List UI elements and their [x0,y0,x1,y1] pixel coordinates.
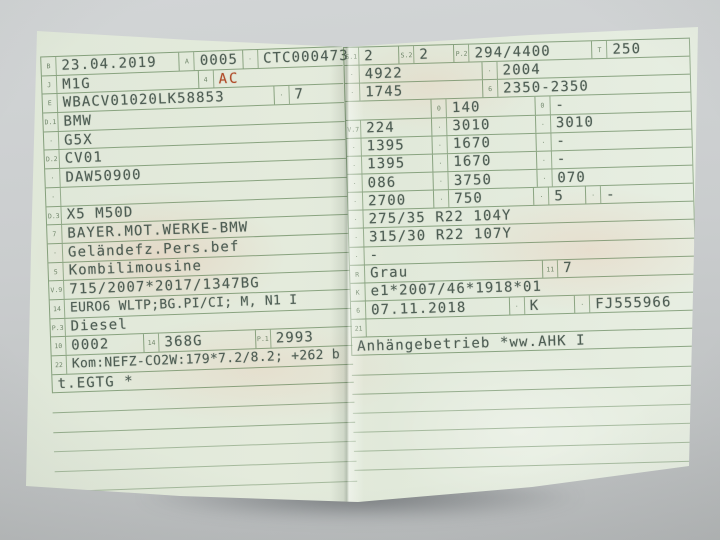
field-value: 3750 [449,172,493,189]
field-value: 3010 [551,114,595,131]
field-code: A [180,52,196,70]
field-code: · [434,172,449,190]
field-value: 3010 [447,117,491,134]
field-code: P.2 [454,45,469,63]
registration-document-paper: B23.04.2019A0005·CTC000473JM1G4ACEWBACV0… [0,0,720,540]
field-code: 14 [144,334,160,352]
field-code: P.1 [256,330,272,348]
field-value: K [525,297,540,313]
field-code: V.7 [346,120,361,138]
field-cell: ·1395 [346,136,433,155]
field-cell: ·1670 [433,152,537,172]
field-value: 1670 [448,153,492,170]
field-code: D.1 [43,113,59,131]
field-code: · [345,84,360,102]
field-value: 2004 [497,61,541,78]
field-code: D.2 [44,150,60,168]
field-value: 250 [607,41,641,58]
field-value: - [550,97,565,113]
field-code: 4 [198,70,214,88]
field-value: - [551,133,566,149]
field-code: 6 [351,301,366,319]
field-value: 7 [558,260,573,276]
field-value: BMW [58,113,92,130]
field-code: · [347,156,362,174]
field-cell: ·- [586,184,693,204]
field-code: · [347,175,362,193]
field-code: 11 [543,260,558,278]
field-code: S.1 [344,48,359,66]
field-cell: S.12 [344,46,400,65]
field-cell: ·750 [434,188,534,208]
field-code: B [41,57,57,75]
field-value: 1745 [360,83,404,100]
field-value: X5 M50D [61,205,133,223]
field-value: 0002 [66,336,110,353]
field-value: 7 [289,87,304,103]
field-cell: ·FJ555966 [575,293,696,313]
field-code: · [536,115,551,133]
field-code: E [43,94,59,112]
field-code: 0 [432,100,447,118]
field-code: · [586,186,601,204]
field-value: 1670 [448,135,492,152]
field-code: · [48,244,64,262]
field-code: 10 [51,337,67,355]
field-value: 750 [449,190,483,207]
field-code: · [537,151,552,169]
field-value: - [601,186,616,202]
field-code: P.3 [50,318,66,336]
field-cell: ·1670 [433,134,537,154]
field-cell: A0005 [180,50,244,70]
field-cell: 0140 [432,97,536,117]
field-value: M1G [57,75,91,92]
document-left-page: B23.04.2019A0005·CTC000473JM1G4ACEWBACV0… [40,46,357,492]
field-cell: S.22 [399,45,455,64]
field-code: 0 [535,97,550,115]
field-code: · [349,229,364,247]
field-code: · [536,133,551,151]
field-value: 224 [361,120,395,137]
field-value: 2350-2350 [498,78,589,96]
field-code: 6 [483,80,498,98]
field-cell: ·3010 [432,115,536,135]
field-code: · [44,132,60,150]
field-code: · [434,190,449,208]
field-code: · [45,169,61,187]
field-code: 22 [52,356,68,374]
field-value: G5X [59,131,93,148]
field-cell: 100002 [51,334,145,355]
field-value: - [552,151,567,167]
field-cell: ·3750 [434,170,538,190]
field-code: · [274,86,290,104]
field-code: S.2 [399,46,414,64]
field-value: 07.11.2018 [366,299,467,318]
field-cell: V.7224 [346,118,433,137]
field-code: · [534,188,549,206]
field-cell: ·2700 [348,191,435,210]
field-value: 275/35 R22 104Y [363,207,511,227]
field-value: 294/4400 [469,43,551,61]
field-code: · [46,188,62,206]
field-value: - [364,247,379,263]
field-code: · [575,295,590,313]
field-code: 5 [48,262,64,280]
field-cell: ·CTC000473 [243,47,343,68]
field-code: · [432,118,447,136]
field-value: 368G [159,333,203,350]
field-value: Diesel [65,317,128,335]
field-code: J [42,76,58,94]
field-code: · [243,50,259,68]
field-code: 7 [47,225,63,243]
field-code: · [346,138,361,156]
field-value: CV01 [59,150,103,167]
field-code: K [350,283,365,301]
field-cell: ·7 [274,84,344,104]
field-value: 0005 [195,51,239,68]
field-value: AC [213,70,239,87]
field-value: DAW50900 [60,167,142,186]
field-code: · [345,66,360,84]
right-page-field-grid: S.12S.22P.2294/4400T250·4922·2004·174562… [343,38,698,357]
field-code: D.3 [46,206,62,224]
field-value: 140 [447,99,481,116]
field-value: 070 [552,169,586,186]
field-code: 21 [351,320,366,338]
field-code: · [537,169,552,187]
field-value: CTC000473 [258,48,349,67]
left-page-field-grid: B23.04.2019A0005·CTC000473JM1G4ACEWBACV0… [40,46,354,394]
field-code: · [349,247,364,265]
field-value: 2700 [363,192,407,209]
field-value: 2 [414,46,429,62]
field-code: · [433,136,448,154]
field-code: · [482,62,497,80]
field-cell: P.12993 [256,327,353,348]
field-value: 086 [362,174,396,191]
field-code: · [433,154,448,172]
right-page-empty-lines [351,347,701,471]
field-code: · [510,297,525,315]
field-value: 315/30 R22 107Y [364,225,512,245]
field-cell [345,100,432,119]
field-code: · [348,193,363,211]
field-value: FJ555966 [590,294,672,312]
document-right-page: S.12S.22P.2294/4400T250·4922·2004·174562… [343,38,701,471]
field-value: 2993 [271,329,315,346]
field-cell: ·5 [534,187,586,206]
field-cell: ·K [510,296,576,315]
field-cell: ·1395 [347,154,434,173]
field-cell: ·086 [347,173,434,192]
field-value: 4922 [360,65,404,82]
field-value: 5 [549,188,564,204]
field-value: Grau [365,265,409,282]
field-value: 23.04.2019 [56,54,157,73]
field-code: 14 [50,300,66,318]
left-page-empty-lines [52,383,357,492]
field-value: 1395 [362,156,406,173]
field-code: · [348,211,363,229]
field-value: 1395 [361,138,405,155]
field-value: t.EGTG * [52,373,134,392]
field-value: 2 [359,48,374,64]
field-code: T [592,41,607,59]
field-cell: T250 [592,39,689,59]
field-code: V.9 [49,281,65,299]
field-code: R [350,265,365,283]
